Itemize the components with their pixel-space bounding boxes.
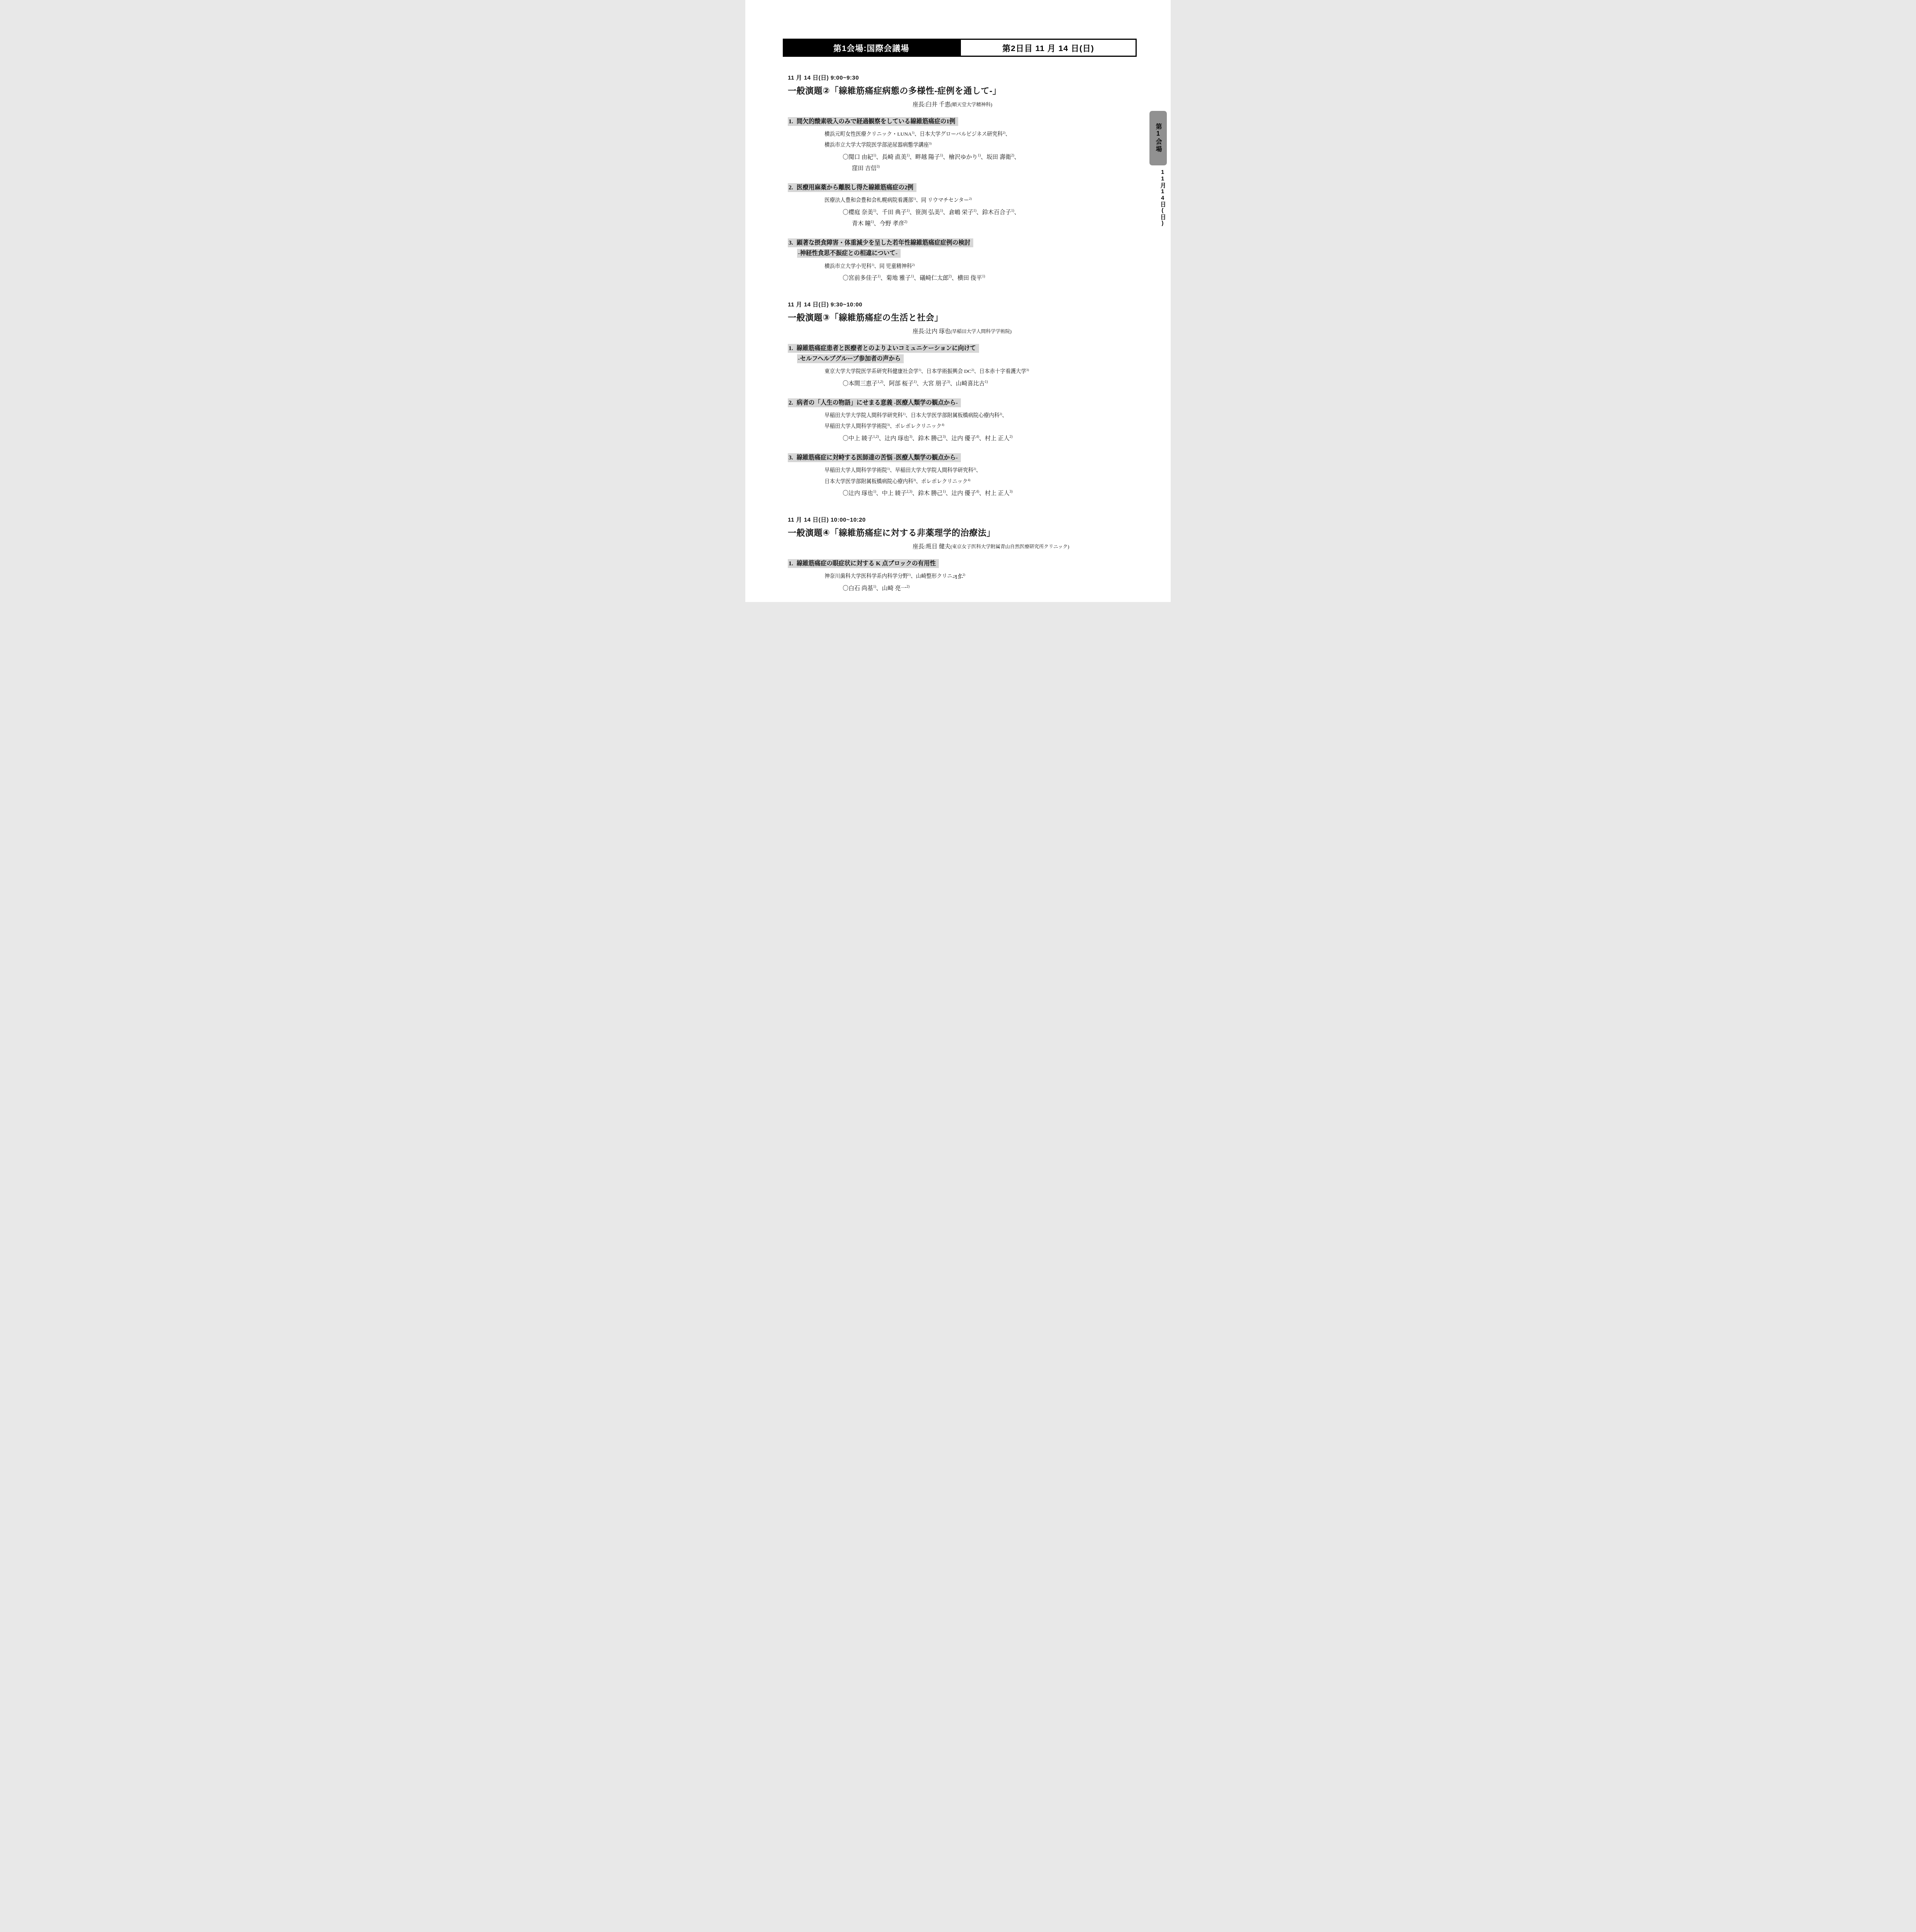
affiliation-line: 東京大学大学院医学系研究科健康社会学1)、日本学術振興会 DC2)、日本赤十字看… bbox=[788, 366, 1137, 377]
author-line: 〇白石 尚基1)、山崎 亮一2) bbox=[788, 583, 1137, 594]
session-title: 一般演題③「線維筋痛症の生活と社会」 bbox=[788, 311, 1137, 323]
affiliation-line: 早稲田大学人間科学学術院3)、ポレポレクリニック4) bbox=[788, 421, 1137, 432]
side-tab-date-label: 11月14日(日) bbox=[1159, 169, 1167, 227]
chair-affiliation: (早稲田大学人間科学学術院) bbox=[950, 329, 1012, 334]
item-title-text: 顕著な摂食障害・体重減少を呈した若年性線維筋痛症症例の検討 bbox=[797, 240, 971, 246]
session-chair: 座長:臼井 千恵(順天堂大学精神科) bbox=[788, 100, 1137, 108]
item-title: 3.線維筋痛症に対峙する医師達の苦悩 -医療人類学の観点から- bbox=[788, 452, 1137, 463]
program-item: 2.病者の「人生の物語」にせまる意義 -医療人類学の観点から- 早稲田大学大学院… bbox=[788, 398, 1137, 444]
item-title-text: 医療用麻薬から離脱し得た線維筋痛症の2例 bbox=[797, 184, 913, 191]
item-authors: 〇関口 由紀1)、長崎 直美1)、畔越 陽子1)、檜沢ゆかり1)、坂田 壽衛2)… bbox=[788, 152, 1137, 175]
program-content: 11 月 14 日(日) 9:00~9:30 一般演題②「線維筋痛症病態の多様性… bbox=[788, 73, 1137, 602]
side-tab-venue: 第1会場 bbox=[1149, 111, 1167, 165]
item-number: 1. bbox=[789, 118, 793, 125]
author-line: 〇関口 由紀1)、長崎 直美1)、畔越 陽子1)、檜沢ゆかり1)、坂田 壽衛2)… bbox=[788, 152, 1137, 163]
item-number: 1. bbox=[789, 345, 793, 352]
page-number: -15- bbox=[745, 574, 1171, 581]
affiliation-line: 医療法人豊和会豊和会札幌病院看護部1)、同 リウマチセンター2) bbox=[788, 195, 1137, 206]
item-title: 2.医療用麻薬から離脱し得た線維筋痛症の2例 bbox=[788, 182, 1137, 193]
item-number: 3. bbox=[789, 240, 793, 246]
item-authors: 〇宮前多佳子1)、菊地 雅子1)、礒崎仁太郎2)、横田 俊平1) bbox=[788, 273, 1137, 284]
author-line: 窪田 吉信3) bbox=[788, 163, 1137, 174]
chair-name: 座長:臼井 千恵 bbox=[913, 102, 950, 108]
chair-name: 座長:班目 健夫 bbox=[913, 544, 950, 550]
affiliation-line: 日本大学医学部附属板橋病院心療内科3)、ポレポレクリニック4) bbox=[788, 476, 1137, 487]
item-authors: 〇中上 綾子1,2)、辻内 琢也3)、鈴木 勝己3)、辻内 優子4)、村上 正人… bbox=[788, 433, 1137, 444]
affiliation-line: 横浜市立大学小児科1)、同 児童精神科2) bbox=[788, 261, 1137, 272]
page-header: 第1会場:国際会議場 第2日目 11 月 14 日(日) bbox=[783, 39, 1137, 57]
venue-banner: 第1会場:国際会議場 bbox=[783, 39, 960, 57]
affiliation-line: 横浜市立大学大学院医学部泌尿器病態学講座3) bbox=[788, 139, 1137, 150]
item-title-text: -セルフヘルプグループ参加者の声から bbox=[797, 354, 904, 363]
item-affiliations: 横浜市立大学小児科1)、同 児童精神科2) bbox=[788, 261, 1137, 272]
item-authors: 〇櫻庭 奈美1)、千田 典子1)、笹渕 弘美1)、倉嶋 栄子1)、鈴木百合子1)… bbox=[788, 207, 1137, 230]
item-number: 2. bbox=[789, 184, 793, 191]
item-affiliations: 東京大学大学院医学系研究科健康社会学1)、日本学術振興会 DC2)、日本赤十字看… bbox=[788, 366, 1137, 377]
session-datetime: 11 月 14 日(日) 9:30~10:00 bbox=[788, 300, 1137, 308]
affiliation-line: 早稲田大学大学院人間科学研究科1)、日本大学医学部附属板橋病院心療内科2)、 bbox=[788, 410, 1137, 421]
session-title: 一般演題④「線維筋痛症に対する非薬理学的治療法」 bbox=[788, 526, 1137, 538]
program-item: 2.医療用麻薬から離脱し得た線維筋痛症の2例 医療法人豊和会豊和会札幌病院看護部… bbox=[788, 182, 1137, 230]
item-authors: 〇辻内 琢也1)、中上 綾子2,3)、鈴木 勝己1)、辻内 優子4)、村上 正人… bbox=[788, 488, 1137, 499]
item-number: 3. bbox=[789, 454, 793, 461]
affiliation-line: 横浜元町女性医療クリニック・LUNA1)、日本大学グローバルビジネス研究科2)、 bbox=[788, 129, 1137, 139]
item-affiliations: 医療法人豊和会豊和会札幌病院看護部1)、同 リウマチセンター2) bbox=[788, 195, 1137, 206]
session-datetime: 11 月 14 日(日) 10:00~10:20 bbox=[788, 515, 1137, 524]
item-title: 3.顕著な摂食障害・体重減少を呈した若年性線維筋痛症症例の検討 bbox=[788, 238, 1137, 248]
side-tab-venue-label: 第1会場 bbox=[1154, 123, 1163, 153]
item-number: 1. bbox=[789, 560, 793, 567]
program-page: 第1会場:国際会議場 第2日目 11 月 14 日(日) 第1会場 11月14日… bbox=[745, 0, 1171, 602]
item-title-text: -神経性食思不振症との相違について- bbox=[797, 249, 901, 258]
author-line: 〇辻内 琢也1)、中上 綾子2,3)、鈴木 勝己1)、辻内 優子4)、村上 正人… bbox=[788, 488, 1137, 499]
item-title-text: 病者の「人生の物語」にせまる意義 -医療人類学の観点から- bbox=[797, 400, 958, 406]
program-item: 1.線維筋痛症患者と医療者とのよりよいコミュニケーションに向けて -セルフヘルプ… bbox=[788, 343, 1137, 389]
venue-banner-label: 第1会場:国際会議場 bbox=[833, 42, 910, 54]
program-item: 3.顕著な摂食障害・体重減少を呈した若年性線維筋痛症症例の検討 -神経性食思不振… bbox=[788, 238, 1137, 284]
affiliation-line: 早稲田大学人間科学学術院1)、早稲田大学大学院人間科学研究科2)、 bbox=[788, 465, 1137, 476]
author-line: 青木 瞳1)、今野 孝彦2) bbox=[788, 218, 1137, 230]
side-tab-date: 11月14日(日) bbox=[1149, 167, 1167, 229]
item-affiliations: 横浜元町女性医療クリニック・LUNA1)、日本大学グローバルビジネス研究科2)、… bbox=[788, 129, 1137, 151]
item-affiliations: 早稲田大学人間科学学術院1)、早稲田大学大学院人間科学研究科2)、 日本大学医学… bbox=[788, 465, 1137, 487]
session-chair: 座長:辻内 琢也(早稲田大学人間科学学術院) bbox=[788, 327, 1137, 335]
item-title: 2.病者の「人生の物語」にせまる意義 -医療人類学の観点から- bbox=[788, 398, 1137, 408]
item-title: 1.線維筋痛症の眼症状に対する K 点ブロックの有用性 bbox=[788, 558, 1137, 569]
item-title-continuation: -神経性食思不振症との相違について- bbox=[788, 248, 1137, 259]
author-line: 〇櫻庭 奈美1)、千田 典子1)、笹渕 弘美1)、倉嶋 栄子1)、鈴木百合子1)… bbox=[788, 207, 1137, 218]
session-datetime: 11 月 14 日(日) 9:00~9:30 bbox=[788, 73, 1137, 82]
item-title-text: 線維筋痛症に対峙する医師達の苦悩 -医療人類学の観点から- bbox=[797, 454, 958, 461]
session-chair: 座長:班目 健夫(東京女子医科大学附属青山自然医療研究所クリニック) bbox=[788, 542, 1137, 550]
program-item: 1.間欠的酸素吸入のみで経過観察をしている線維筋痛症の1例 横浜元町女性医療クリ… bbox=[788, 116, 1137, 174]
day-banner: 第2日目 11 月 14 日(日) bbox=[960, 39, 1137, 57]
chair-affiliation: (順天堂大学精神科) bbox=[950, 102, 992, 107]
item-title: 1.線維筋痛症患者と医療者とのよりよいコミュニケーションに向けて bbox=[788, 343, 1137, 354]
chair-affiliation: (東京女子医科大学附属青山自然医療研究所クリニック) bbox=[950, 544, 1069, 549]
program-item: 3.線維筋痛症に対峙する医師達の苦悩 -医療人類学の観点から- 早稲田大学人間科… bbox=[788, 452, 1137, 499]
author-line: 〇中上 綾子1,2)、辻内 琢也3)、鈴木 勝己3)、辻内 優子4)、村上 正人… bbox=[788, 433, 1137, 444]
session-block: 11 月 14 日(日) 10:00~10:20 一般演題④「線維筋痛症に対する… bbox=[788, 515, 1137, 594]
item-title-text: 線維筋痛症の眼症状に対する K 点ブロックの有用性 bbox=[797, 560, 936, 567]
author-line: 〇本間三恵子1,2)、阿部 桜子1)、大宮 朋子3)、山崎喜比古1) bbox=[788, 378, 1137, 389]
item-authors: 〇白石 尚基1)、山崎 亮一2) bbox=[788, 583, 1137, 594]
item-title-text: 線維筋痛症患者と医療者とのよりよいコミュニケーションに向けて bbox=[797, 345, 976, 352]
item-title-continuation: -セルフヘルプグループ参加者の声から bbox=[788, 354, 1137, 364]
session-title: 一般演題②「線維筋痛症病態の多様性-症例を通して-」 bbox=[788, 84, 1137, 96]
day-banner-label: 第2日目 11 月 14 日(日) bbox=[1002, 42, 1094, 54]
item-affiliations: 早稲田大学大学院人間科学研究科1)、日本大学医学部附属板橋病院心療内科2)、 早… bbox=[788, 410, 1137, 432]
session-block: 11 月 14 日(日) 9:00~9:30 一般演題②「線維筋痛症病態の多様性… bbox=[788, 73, 1137, 284]
item-number: 2. bbox=[789, 400, 793, 406]
item-title-text: 間欠的酸素吸入のみで経過観察をしている線維筋痛症の1例 bbox=[797, 118, 955, 125]
author-line: 〇宮前多佳子1)、菊地 雅子1)、礒崎仁太郎2)、横田 俊平1) bbox=[788, 273, 1137, 284]
chair-name: 座長:辻内 琢也 bbox=[913, 328, 950, 335]
item-authors: 〇本間三恵子1,2)、阿部 桜子1)、大宮 朋子3)、山崎喜比古1) bbox=[788, 378, 1137, 389]
item-title: 1.間欠的酸素吸入のみで経過観察をしている線維筋痛症の1例 bbox=[788, 116, 1137, 127]
session-block: 11 月 14 日(日) 9:30~10:00 一般演題③「線維筋痛症の生活と社… bbox=[788, 300, 1137, 499]
